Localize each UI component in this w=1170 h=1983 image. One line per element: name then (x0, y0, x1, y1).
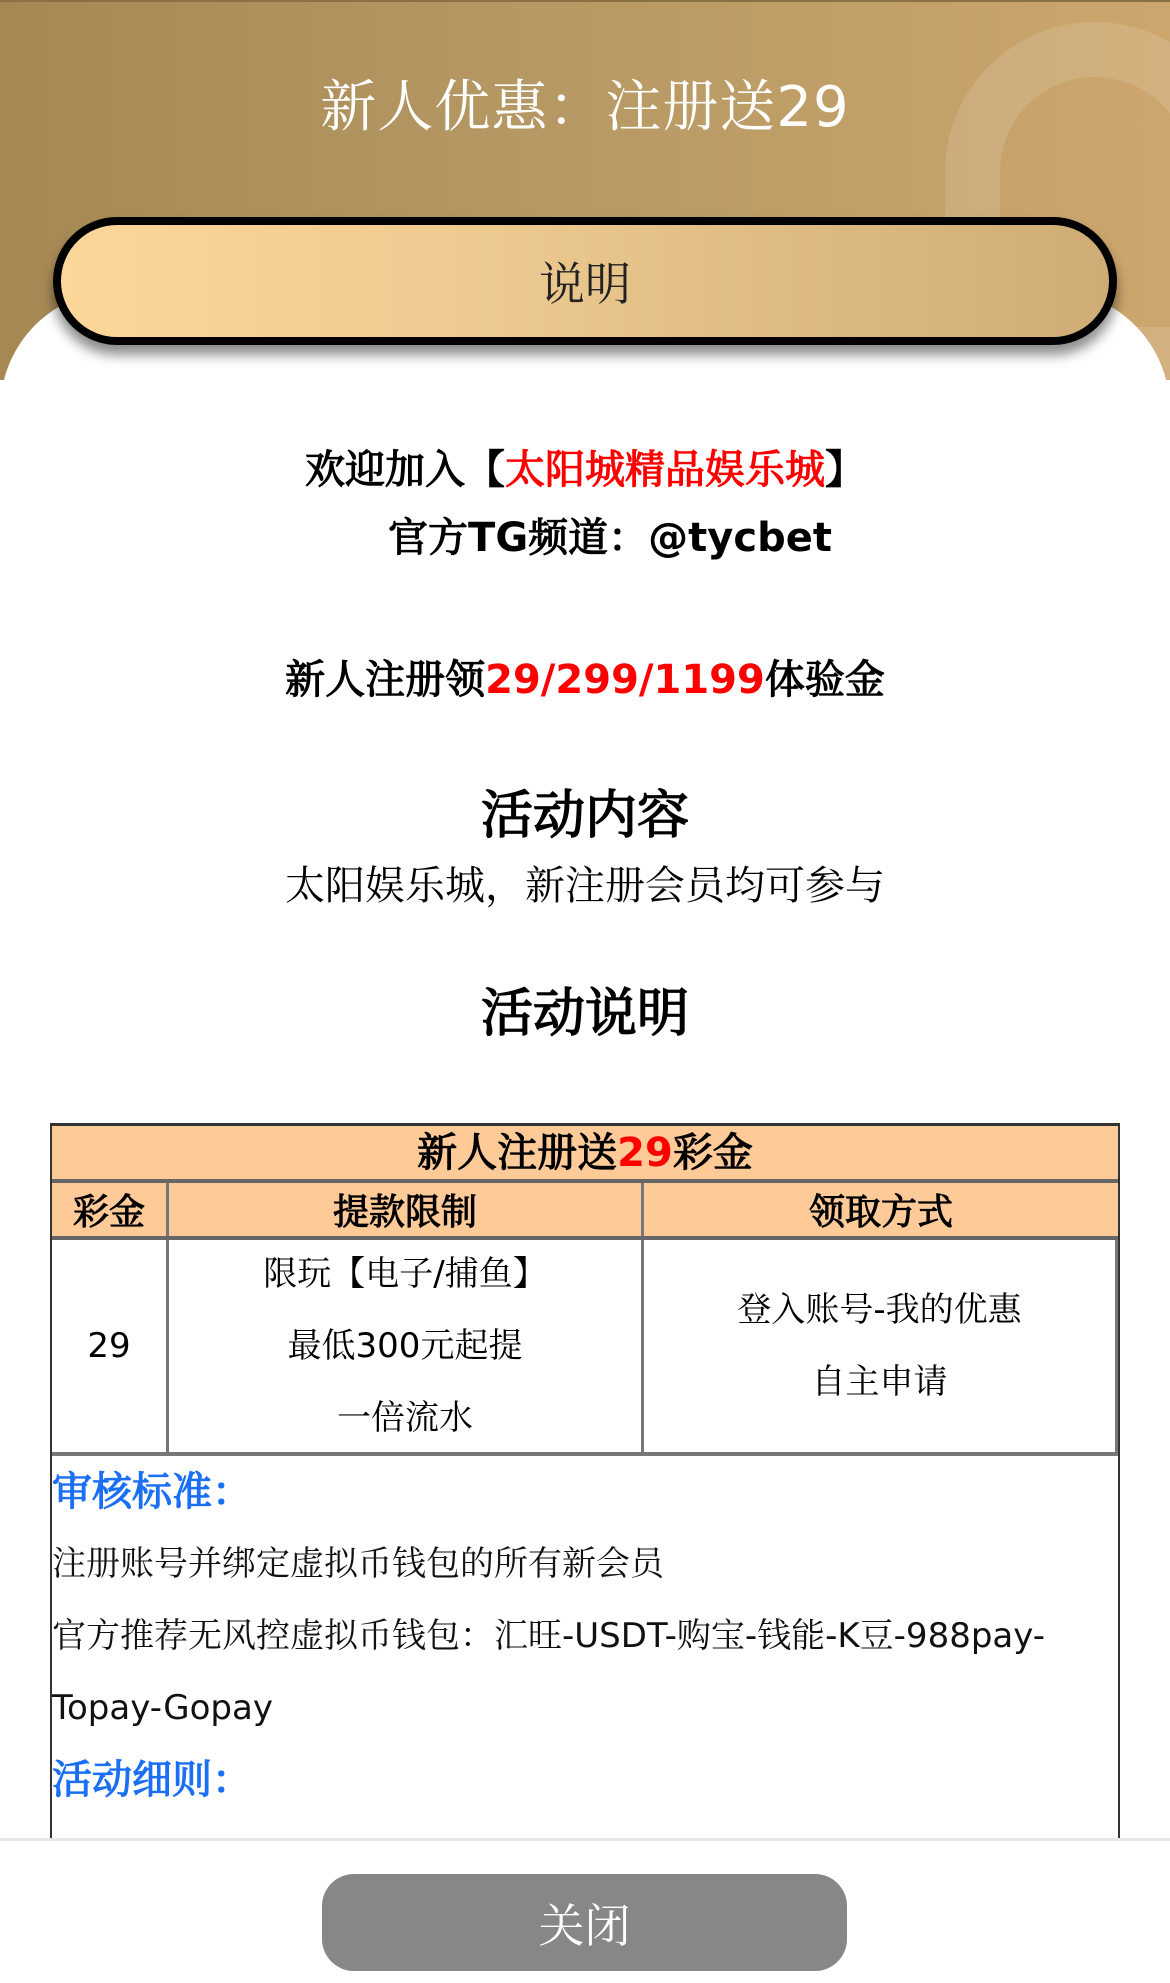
tab-description[interactable]: 说明 (53, 217, 1117, 345)
column-header-claim-method: 领取方式 (644, 1183, 1118, 1236)
table-header-row: 彩金 提款限制 领取方式 (52, 1183, 1118, 1240)
header-top-line (0, 0, 1170, 2)
cell-withdrawal-limits: 限玩【电子/捕鱼】 最低300元起提 一倍流水 (169, 1240, 644, 1452)
welcome-line: 欢迎加入【太阳城精品娱乐城】 (0, 446, 1170, 494)
table-title-suffix: 彩金 (673, 1130, 753, 1176)
bracket-close: 】 (825, 447, 865, 493)
close-button[interactable]: 关闭 (322, 1874, 847, 1971)
review-line: 注册账号并绑定虚拟币钱包的所有新会员 (52, 1528, 1118, 1600)
claim-line: 登入账号-我的优惠 (737, 1274, 1021, 1346)
footer-divider (0, 1838, 1170, 1841)
bonus-suffix: 体验金 (765, 657, 885, 703)
review-heading: 审核标准： (52, 1456, 1118, 1528)
limit-line: 一倍流水 (337, 1382, 473, 1454)
page-title: 新人优惠：注册送29 (0, 72, 1170, 144)
tg-channel-line: 官方TG频道：@tycbet (0, 514, 1170, 562)
description-heading: 活动说明 (0, 984, 1170, 1044)
column-header-withdrawal-limit: 提款限制 (169, 1183, 644, 1236)
bracket-open: 【 (465, 447, 505, 493)
table-title-prefix: 新人注册送 (417, 1130, 617, 1176)
content-text: 太阳娱乐城，新注册会员均可参与 (0, 862, 1170, 910)
review-line: 官方推荐无风控虚拟币钱包：汇旺-USDT-购宝-钱能-K豆-988pay-Top… (52, 1600, 1118, 1744)
notes-section: 审核标准： 注册账号并绑定虚拟币钱包的所有新会员 官方推荐无风控虚拟币钱包：汇旺… (52, 1456, 1118, 1816)
table-row: 29 限玩【电子/捕鱼】 最低300元起提 一倍流水 登入账号-我的优惠 自主申… (52, 1240, 1118, 1456)
content-heading: 活动内容 (0, 786, 1170, 846)
limit-line: 最低300元起提 (288, 1310, 523, 1382)
claim-line: 自主申请 (812, 1346, 948, 1418)
bonus-prefix: 新人注册领 (285, 657, 485, 703)
rules-heading: 活动细则： (52, 1744, 1118, 1816)
promo-table: 新人注册送29彩金 彩金 提款限制 领取方式 29 限玩【电子/捕鱼】 最低30… (50, 1123, 1120, 1839)
table-title-amount: 29 (617, 1130, 673, 1176)
cell-bonus: 29 (52, 1240, 169, 1452)
table-title: 新人注册送29彩金 (52, 1126, 1118, 1183)
welcome-prefix: 欢迎加入 (305, 447, 465, 493)
limit-line: 限玩【电子/捕鱼】 (263, 1238, 546, 1310)
cell-claim-method: 登入账号-我的优惠 自主申请 (644, 1240, 1118, 1452)
bonus-line: 新人注册领29/299/1199体验金 (0, 656, 1170, 704)
column-header-bonus: 彩金 (52, 1183, 169, 1236)
bonus-amounts: 29/299/1199 (485, 657, 765, 703)
brand-name: 太阳城精品娱乐城 (505, 447, 825, 493)
